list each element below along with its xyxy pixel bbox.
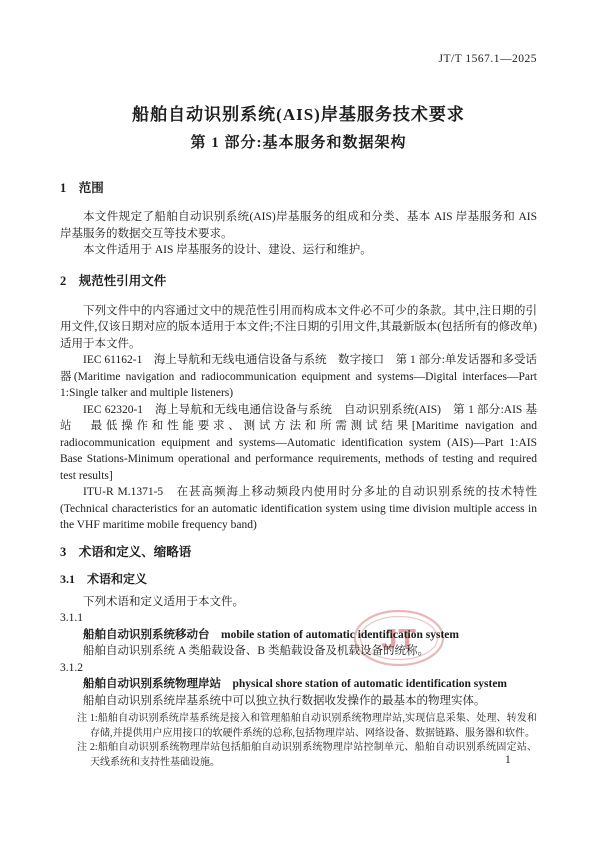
title-line-1: 船舶自动识别系统(AIS)岸基服务技术要求 [60,100,537,129]
term-3-1-1-definition: 船舶自动识别系统 A 类船载设备、B 类船载设备及机载设备的统称。 [60,643,537,660]
document-content: JT/T 1567.1—2025 船舶自动识别系统(AIS)岸基服务技术要求 第… [0,0,596,770]
reference-iec-61162-1: IEC 61162-1 海上导航和无线电通信设备与系统 数字接口 第 1 部分:… [60,352,537,402]
reference-iec-62320-1: IEC 62320-1 海上导航和无线电通信设备与系统 自动识别系统(AIS) … [60,402,537,485]
document-title: 船舶自动识别系统(AIS)岸基服务技术要求 第 1 部分:基本服务和数据架构 [60,100,537,158]
clause-2-heading: 2 规范性引用文件 [60,273,537,290]
term-3-1-2-definition: 船舶自动识别系统岸基系统中可以独立执行数据收发操作的最基本的物理实体。 [60,693,537,710]
scope-paragraph-2: 本文件适用于 AIS 岸基服务的设计、建设、运行和维护。 [60,242,537,259]
clause-1-heading: 1 范围 [60,180,537,197]
term-3-1-2-title: 船舶自动识别系统物理岸站 physical shore station of a… [60,676,537,693]
term-3-1-1-number: 3.1.1 [60,610,537,627]
scope-paragraph-1: 本文件规定了船舶自动识别系统(AIS)岸基服务的组成和分类、基本 AIS 岸基服… [60,209,537,242]
term-3-1-1-title: 船舶自动识别系统移动台 mobile station of automatic … [60,627,537,644]
term-3-1-2-number: 3.1.2 [60,660,537,677]
normative-refs-intro: 下列文件中的内容通过文中的规范性引用而构成本文件必不可少的条款。其中,注日期的引… [60,303,537,353]
term-3-1-2-note-1: 注 1:船舶自动识别系统岸基系统是接入和管理船舶自动识别系统物理岸站,实现信息采… [60,712,537,741]
terms-intro: 下列术语和定义适用于本文件。 [60,594,537,611]
clause-3-1-heading: 3.1 术语和定义 [60,571,537,587]
standard-number: JT/T 1567.1—2025 [60,52,537,66]
title-line-2: 第 1 部分:基本服务和数据架构 [60,129,537,158]
reference-itu-r-m1371-5: ITU-R M.1371-5 在甚高频海上移动频段内使用时分多址的自动识别系统的… [60,484,537,534]
term-3-1-2-note-2: 注 2:船舶自动识别系统物理岸站包括船舶自动识别系统物理岸站控制单元、船舶自动识… [60,741,537,770]
clause-3-heading: 3 术语和定义、缩略语 [60,544,537,561]
page-number: 1 [505,754,511,766]
document-page: JT JT/T 1567.1—2025 船舶自动识别系统(AIS)岸基服务技术要… [0,0,596,842]
